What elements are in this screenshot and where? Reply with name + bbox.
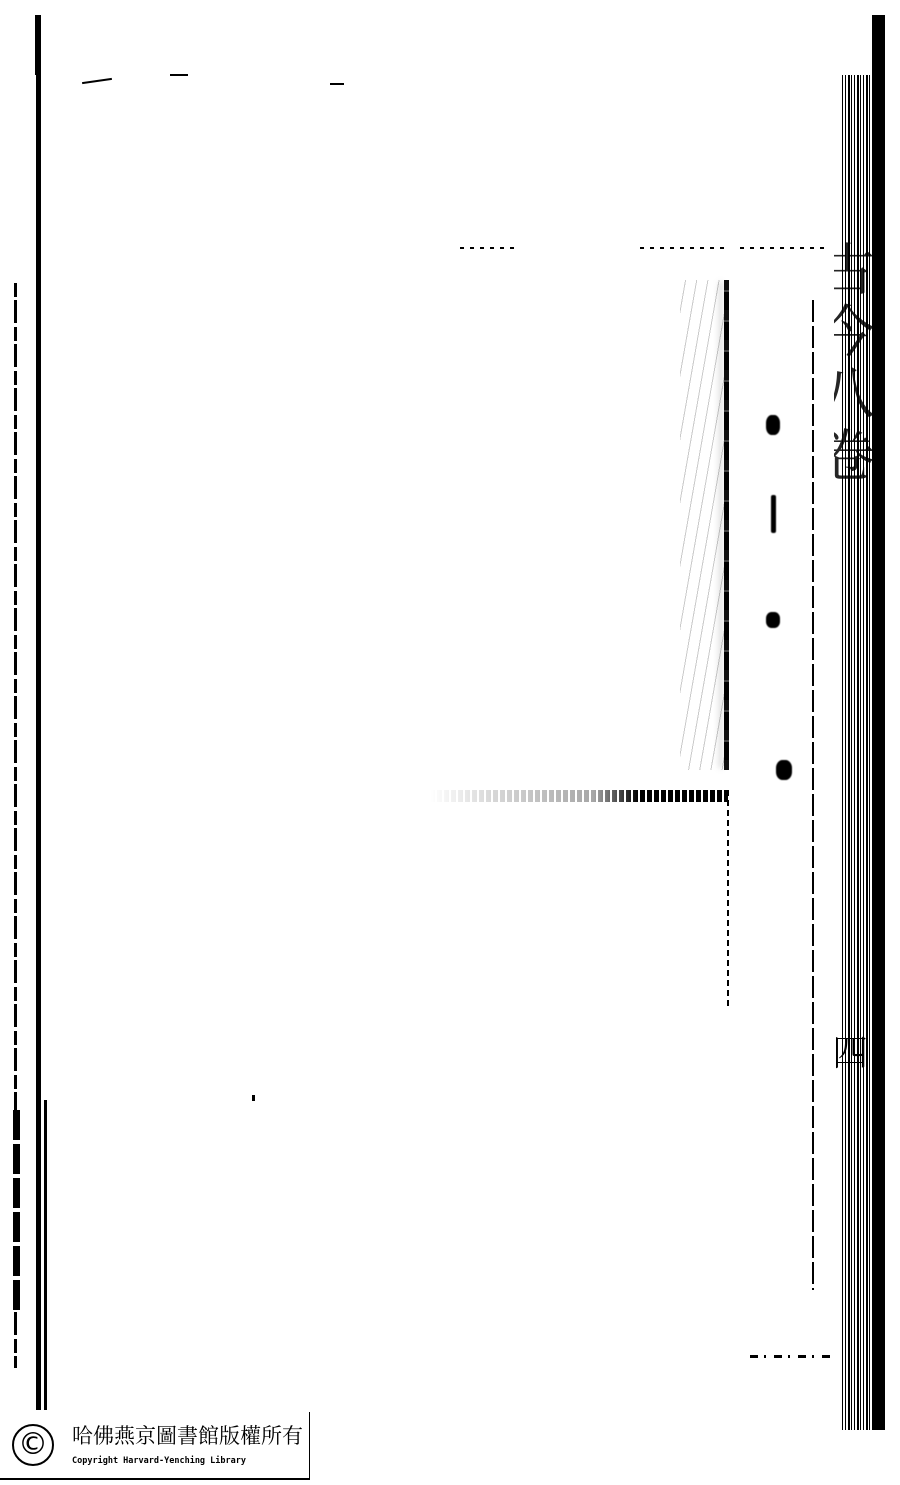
ink-speck xyxy=(82,78,112,84)
ink-blot xyxy=(776,760,792,780)
scanned-book-page: 古今八卷 四 © 哈佛燕京圖書館版權所有 Copyright Harvard-Y… xyxy=(0,0,900,1485)
left-frame-border xyxy=(36,15,41,1410)
bottom-ink-marks xyxy=(750,1355,830,1358)
ink-speck xyxy=(170,74,188,76)
frame-top-dash xyxy=(460,247,520,249)
ink-blot xyxy=(771,495,776,533)
copyright-stamp: © 哈佛燕京圖書館版權所有 Copyright Harvard-Yenching… xyxy=(0,1412,310,1480)
spine-leaf-number: 四 xyxy=(832,1025,868,1076)
block-center-line xyxy=(812,300,814,1290)
fold-shadow xyxy=(680,280,728,770)
left-frame-border-inner xyxy=(44,1100,47,1410)
binding-edge xyxy=(872,15,885,1430)
ink-blot xyxy=(766,612,780,628)
copyright-chinese-text: 哈佛燕京圖書館版權所有 xyxy=(72,1420,303,1450)
copyright-english-text: Copyright Harvard-Yenching Library xyxy=(72,1456,246,1466)
page-left-edge-smudge xyxy=(13,1110,20,1310)
block-frame-right-line xyxy=(724,280,729,770)
frame-top-dash xyxy=(640,247,730,249)
spine-title: 古今八卷 xyxy=(812,240,872,488)
block-frame-right-line-lower xyxy=(727,790,729,1010)
fish-tail-divider xyxy=(430,790,728,802)
ink-blot xyxy=(766,415,780,435)
copyright-icon: © xyxy=(12,1424,54,1466)
ink-speck xyxy=(330,83,344,85)
frame-top-dash xyxy=(740,247,830,249)
ink-speck xyxy=(252,1095,255,1101)
